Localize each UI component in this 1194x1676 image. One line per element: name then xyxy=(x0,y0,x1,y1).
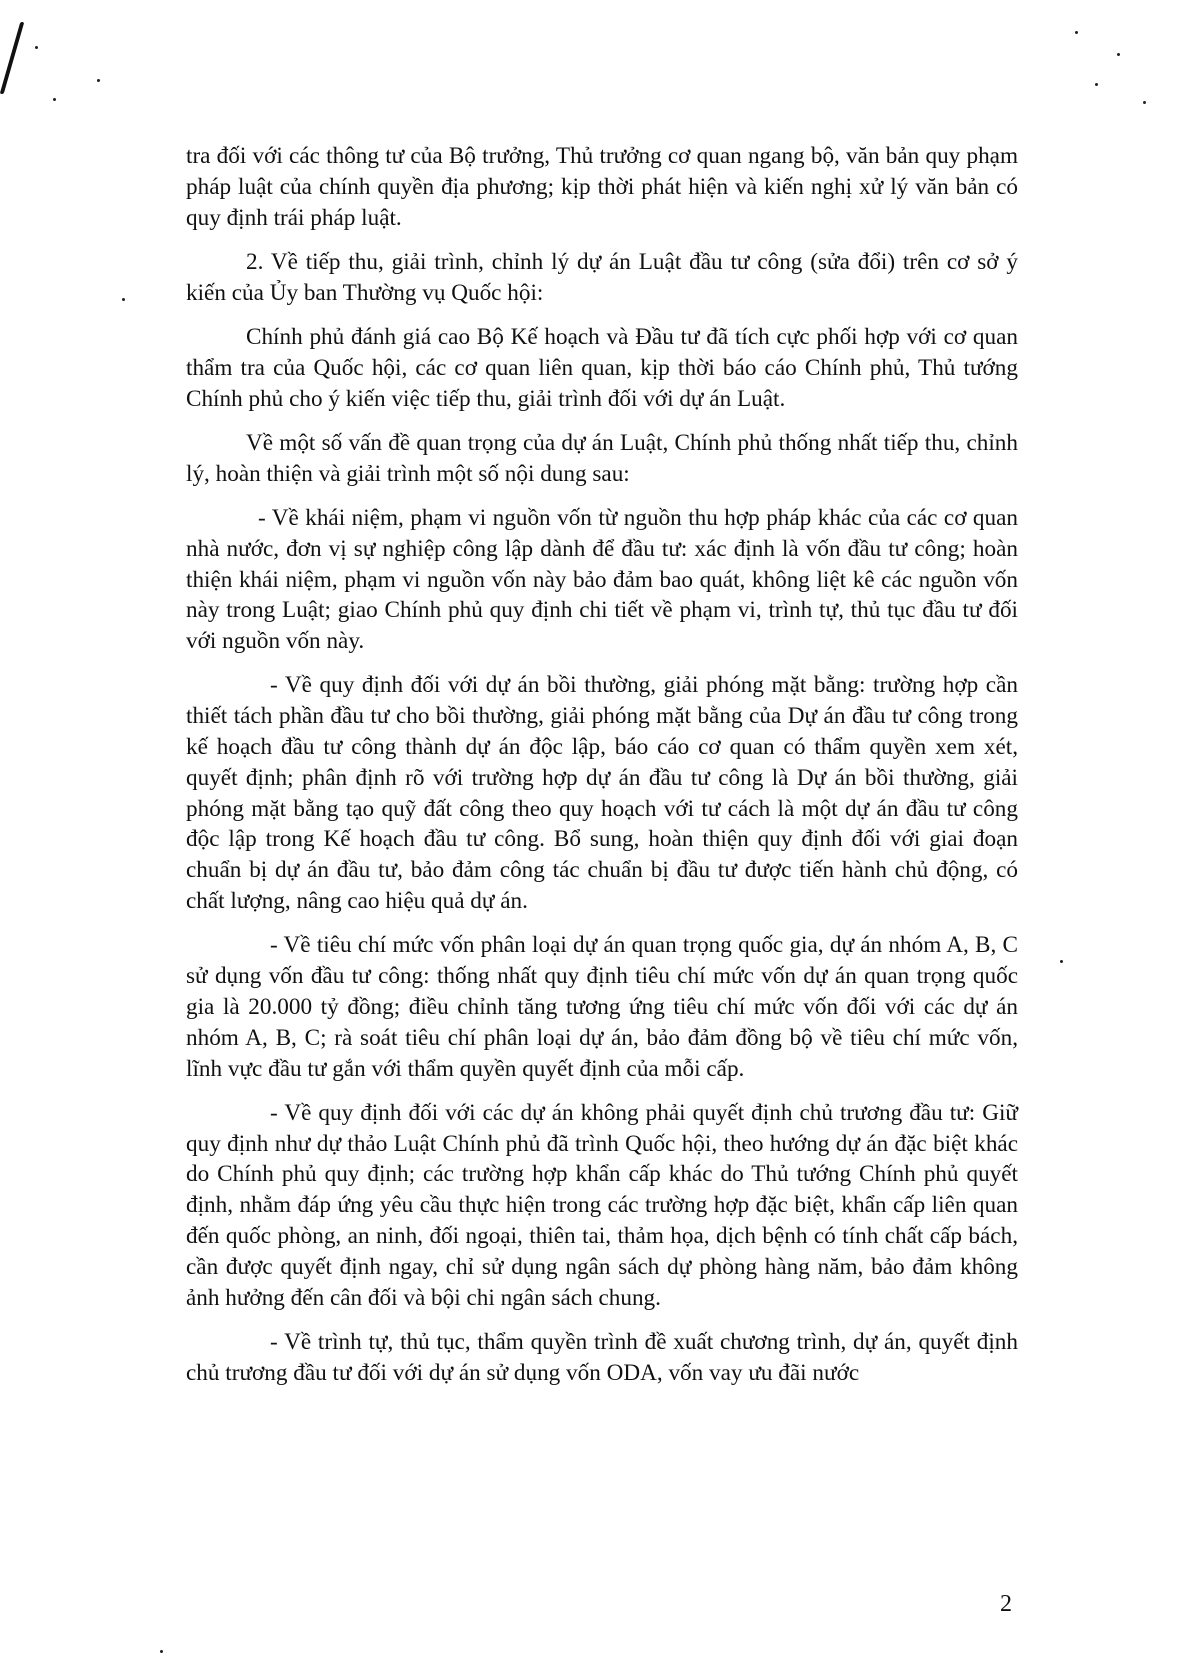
bullet-compensation-site-clearance: - Về quy định đối với dự án bồi thường, … xyxy=(186,670,1018,916)
bullet-capital-source-concept: - Về khái niệm, phạm vi nguồn vốn từ ngu… xyxy=(186,503,1018,657)
paragraph-section-2-heading: 2. Về tiếp thu, giải trình, chỉnh lý dự … xyxy=(186,247,1018,309)
scan-speck xyxy=(1117,53,1120,56)
margin-pen-mark xyxy=(0,22,24,94)
paragraph-government-assessment: Chính phủ đánh giá cao Bộ Kế hoạch và Đầ… xyxy=(186,322,1018,414)
scan-speck xyxy=(97,79,100,82)
scan-speck xyxy=(1143,101,1146,104)
paragraph-continuation: tra đối với các thông tư của Bộ trưởng, … xyxy=(186,141,1018,233)
bullet-projects-without-policy-decision: - Về quy định đối với các dự án không ph… xyxy=(186,1098,1018,1314)
scan-speck xyxy=(1095,83,1098,86)
scan-speck xyxy=(160,1650,163,1653)
bullet-project-classification-criteria: - Về tiêu chí mức vốn phân loại dự án qu… xyxy=(186,930,1018,1084)
bullet-oda-procedures: - Về trình tự, thủ tục, thẩm quyền trình… xyxy=(186,1327,1018,1389)
scan-speck xyxy=(122,298,125,301)
document-page: tra đối với các thông tư của Bộ trưởng, … xyxy=(0,0,1194,1676)
scan-speck xyxy=(53,98,56,101)
document-body: tra đối với các thông tư của Bộ trưởng, … xyxy=(186,141,1018,1402)
paragraph-key-issues-intro: Về một số vấn đề quan trọng của dự án Lu… xyxy=(186,428,1018,490)
scan-speck xyxy=(1075,31,1078,34)
scan-speck xyxy=(35,46,38,49)
scan-speck xyxy=(1060,960,1063,963)
page-number: 2 xyxy=(1000,1590,1012,1618)
